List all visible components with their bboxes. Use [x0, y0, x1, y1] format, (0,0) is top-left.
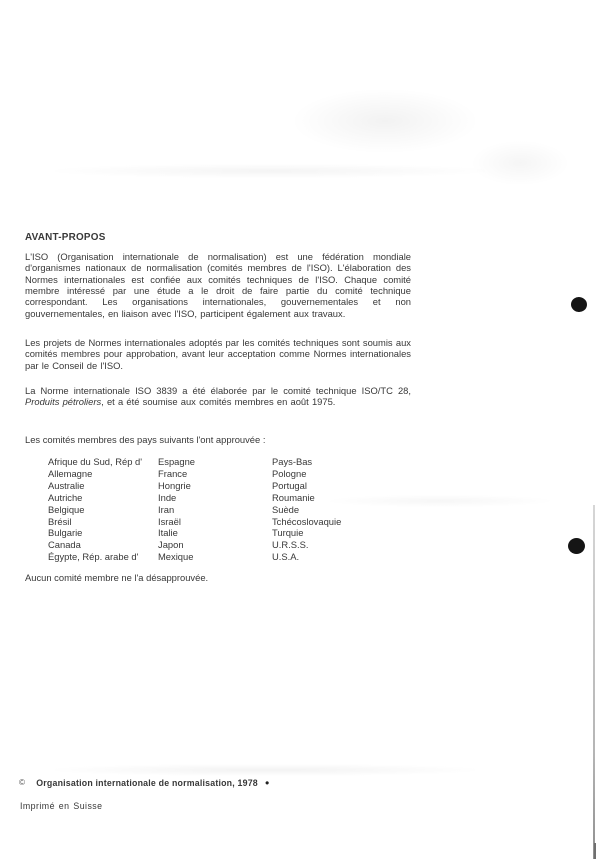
country-item: Roumanie [272, 492, 341, 504]
country-item: Belgique [48, 504, 142, 516]
country-item: Pays-Bas [272, 456, 341, 468]
country-item: Israël [158, 516, 195, 528]
country-item: Tchécoslovaquie [272, 516, 341, 528]
country-item: Afrique du Sud, Rép d' [48, 456, 142, 468]
country-item: Australie [48, 480, 142, 492]
country-item: Pologne [272, 468, 341, 480]
approved-countries-list: Afrique du Sud, Rép d' Allemagne Austral… [0, 456, 596, 566]
bullet-icon: ● [265, 778, 270, 789]
scan-edge-line [593, 505, 595, 859]
country-item: France [158, 468, 195, 480]
binding-dot-bottom [568, 538, 585, 554]
copyright-line: © Organisation internationale de normali… [19, 778, 270, 789]
binding-dot-top [570, 296, 588, 313]
country-item: Iran [158, 504, 195, 516]
approval-intro: Les comités membres des pays suivants l'… [25, 434, 265, 445]
printed-in-line: Imprimé en Suisse [20, 801, 103, 812]
scan-noise-smudge [290, 88, 480, 154]
country-item: Turquie [272, 527, 341, 539]
disapproval-note: Aucun comité membre ne l'a désapprouvée. [25, 572, 208, 583]
scan-noise-streak [55, 164, 485, 178]
paragraph-draft-process: Les projets de Normes internationales ad… [25, 337, 411, 371]
country-item: U.R.S.S. [272, 539, 341, 551]
country-item: Égypte, Rép. arabe d' [48, 551, 142, 563]
scan-noise-smudge [470, 140, 570, 186]
country-item: Allemagne [48, 468, 142, 480]
country-item: Italie [158, 527, 195, 539]
countries-column-2: Espagne France Hongrie Inde Iran Israël … [158, 456, 195, 563]
country-item: Inde [158, 492, 195, 504]
paragraph-standard-origin: La Norme internationale ISO 3839 a été é… [25, 385, 411, 408]
country-item: Autriche [48, 492, 142, 504]
country-item: Portugal [272, 480, 341, 492]
standard-origin-text: , et a été soumise aux comités membres e… [101, 396, 335, 407]
country-item: Brésil [48, 516, 142, 528]
country-item: Espagne [158, 456, 195, 468]
document-page: AVANT-PROPOS L'ISO (Organisation interna… [0, 0, 596, 859]
scan-noise-streak [55, 764, 475, 776]
country-item: U.S.A. [272, 551, 341, 563]
country-item: Japon [158, 539, 195, 551]
paragraph-iso-description: L'ISO (Organisation internationale de no… [25, 251, 411, 319]
country-item: Canada [48, 539, 142, 551]
copyright-icon: © [19, 778, 25, 789]
country-item: Bulgarie [48, 527, 142, 539]
page-title: AVANT-PROPOS [25, 232, 106, 244]
standard-title-italic: Produits pétroliers [25, 396, 101, 407]
country-item: Mexique [158, 551, 195, 563]
country-item: Hongrie [158, 480, 195, 492]
copyright-text: Organisation internationale de normalisa… [36, 778, 258, 789]
standard-origin-text: La Norme internationale ISO 3839 a été é… [25, 385, 411, 396]
countries-column-3: Pays-Bas Pologne Portugal Roumanie Suède… [272, 456, 341, 563]
countries-column-1: Afrique du Sud, Rép d' Allemagne Austral… [48, 456, 142, 563]
country-item: Suède [272, 504, 341, 516]
